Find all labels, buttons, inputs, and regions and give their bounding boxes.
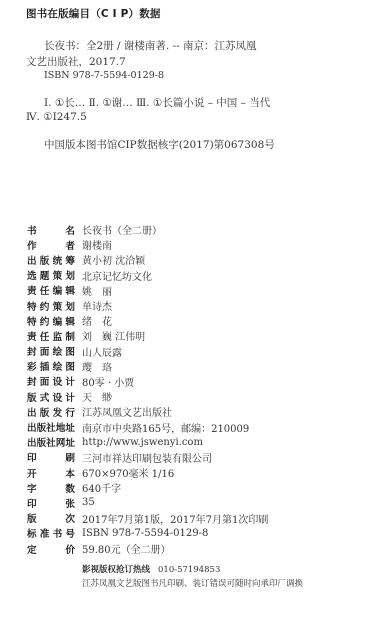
hotline-number: 010-57194853 [158, 565, 220, 575]
colophon-row: 彩插绘图璎 珞 [27, 359, 357, 374]
colophon-value: 2017年7月第1版，2017年7月第1次印刷 [82, 511, 268, 526]
colophon-label: 特约编辑 [27, 314, 75, 328]
colophon-table: 书名长夜书（全二册）作者谢楼南出版统筹黄小初 沈洽颖选题策划北京记忆坊文化责任编… [27, 222, 357, 556]
colophon-label: 出版社网址 [27, 435, 75, 449]
colophon-label: 封面设计 [27, 374, 75, 388]
colophon-value: 天 缈 [82, 389, 112, 404]
colophon-label: 选题策划 [27, 268, 75, 282]
colophon-value: ISBN 978-7-5594-0129-8 [82, 528, 208, 539]
colophon-value: 35 [82, 497, 95, 508]
colophon-row: 印张35 [27, 495, 357, 510]
colophon-value: 单诗杰 [82, 298, 112, 313]
print-error-notice: 江苏凤凰文艺版图书凡印刷、装订错误可随时向承印厂调换 [82, 577, 303, 589]
colophon-value: 谢楼南 [82, 237, 112, 252]
cip-clc-number: Ⅳ. ①I247.5 [26, 111, 87, 123]
colophon-value: 山人辰露 [82, 344, 122, 359]
colophon-row: 特约策划单诗杰 [27, 298, 357, 313]
colophon-label: 定价 [27, 542, 75, 556]
cip-title: 图书在版编目（C I P）数据 [26, 6, 161, 21]
colophon-row: 选题策划北京记忆坊文化 [27, 268, 357, 283]
colophon-label: 开本 [27, 466, 75, 480]
cip-classification: Ⅰ. ①长… Ⅱ. ①谢… Ⅲ. ①长篇小说 – 中国 – 当代 [44, 95, 270, 110]
colophon-label: 标准书号 [27, 526, 75, 540]
colophon-value: 北京记忆坊文化 [82, 268, 152, 283]
colophon-row: 版次2017年7月第1版，2017年7月第1次印刷 [27, 511, 357, 526]
cip-approval-number: 中国版本图书馆CIP数据核字(2017)第067308号 [44, 137, 275, 152]
colophon-row: 书名长夜书（全二册） [27, 222, 357, 237]
colophon-label: 封面绘图 [27, 344, 75, 358]
colophon-row: 开本670×970毫米 1/16 [27, 465, 357, 480]
colophon-label: 版次 [27, 511, 75, 525]
colophon-label: 印张 [27, 496, 75, 510]
colophon-label: 出版社地址 [27, 420, 75, 434]
colophon-row: 出版发行江苏凤凰文艺出版社 [27, 404, 357, 419]
colophon-label: 彩插绘图 [27, 359, 75, 373]
colophon-label: 版式设计 [27, 390, 75, 404]
colophon-row: 标准书号ISBN 978-7-5594-0129-8 [27, 526, 357, 541]
cip-entry-line1: 长夜书：全2册 / 谢楼南著. -- 南京：江苏凤凰 [44, 38, 257, 53]
colophon-row: 责任监制刘 巍 江伟明 [27, 328, 357, 343]
hotline-label: 影视版权抢订热线 [82, 565, 150, 575]
colophon-label: 作者 [27, 238, 75, 252]
colophon-value: 80零 · 小贾 [82, 374, 134, 389]
colophon-value: 670×970毫米 1/16 [82, 465, 174, 480]
colophon-value: 绪 花 [82, 313, 112, 328]
colophon-value: 璎 珞 [82, 359, 112, 374]
footer: 影视版权抢订热线010-57194853 江苏凤凰文艺版图书凡印刷、装订错误可随… [82, 563, 303, 589]
colophon-row: 封面绘图山人辰露 [27, 344, 357, 359]
colophon-label: 责任编辑 [27, 283, 75, 297]
colophon-row: 字数640千字 [27, 480, 357, 495]
colophon-row: 印刷三河市祥达印刷包装有限公司 [27, 450, 357, 465]
colophon-value: 江苏凤凰文艺出版社 [82, 404, 172, 419]
colophon-label: 责任监制 [27, 329, 75, 343]
colophon-label: 出版发行 [27, 405, 75, 419]
colophon-row: 特约编辑绪 花 [27, 313, 357, 328]
cip-entry-line2: 文艺出版社，2017.7 [26, 54, 126, 69]
colophon-label: 书名 [27, 223, 75, 237]
colophon-value: 姚 丽 [82, 283, 112, 298]
colophon-value: 640千字 [82, 480, 121, 495]
colophon-label: 印刷 [27, 450, 75, 464]
colophon-label: 出版统筹 [27, 253, 75, 267]
colophon-value: 长夜书（全二册） [82, 222, 162, 237]
cip-isbn: ISBN 978-7-5594-0129-8 [44, 70, 164, 81]
colophon-row: 出版社网址http://www.jswenyi.com [27, 435, 357, 450]
colophon-row: 定价59.80元（全二册） [27, 541, 357, 556]
colophon-value: 刘 巍 江伟明 [82, 328, 145, 343]
colophon-value: 三河市祥达印刷包装有限公司 [82, 450, 212, 465]
colophon-value: 黄小初 沈洽颖 [82, 252, 145, 267]
colophon-row: 出版统筹黄小初 沈洽颖 [27, 252, 357, 267]
colophon-value: 59.80元（全二册） [82, 541, 171, 556]
colophon-row: 出版社地址南京市中央路165号，邮编：210009 [27, 419, 357, 434]
colophon-label: 特约策划 [27, 299, 75, 313]
colophon-row: 作者谢楼南 [27, 237, 357, 252]
colophon-label: 字数 [27, 481, 75, 495]
colophon-value: http://www.jswenyi.com [82, 437, 203, 448]
colophon-row: 版式设计天 缈 [27, 389, 357, 404]
colophon-value: 南京市中央路165号，邮编：210009 [82, 420, 249, 435]
colophon-row: 责任编辑姚 丽 [27, 283, 357, 298]
colophon-row: 封面设计80零 · 小贾 [27, 374, 357, 389]
